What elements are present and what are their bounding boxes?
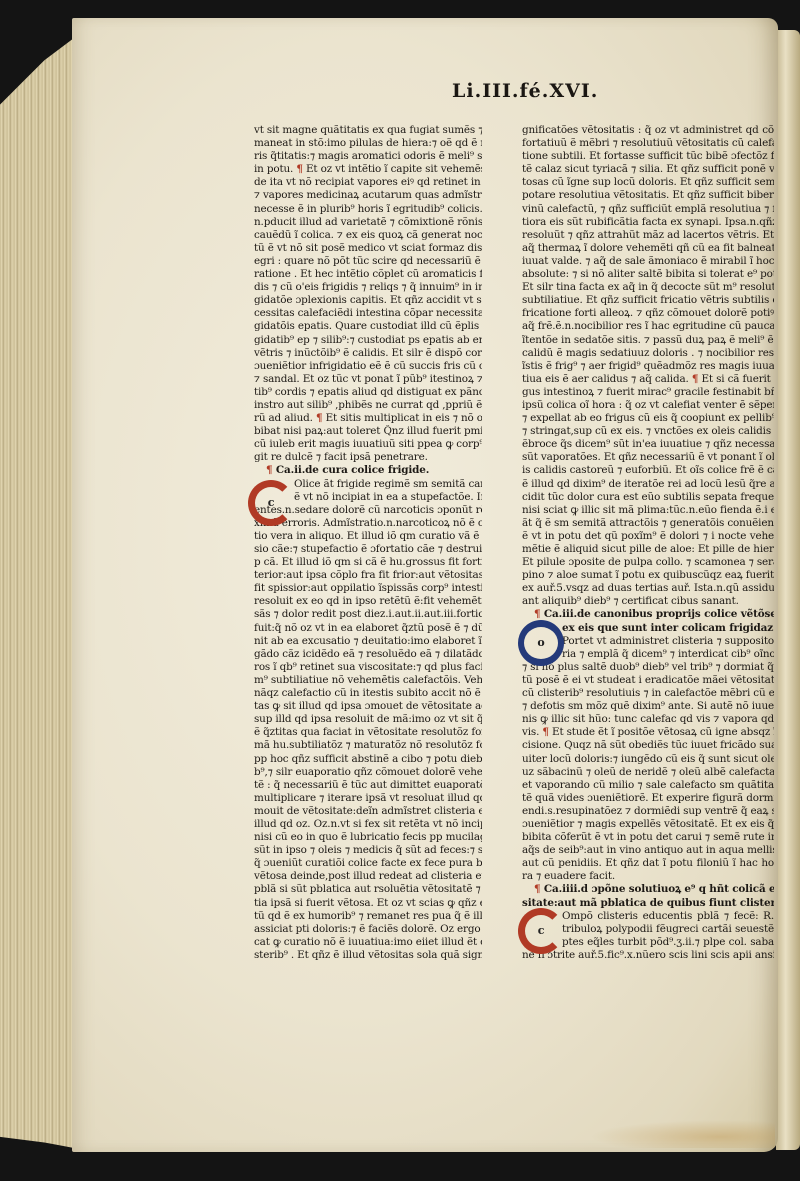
text-line: sterib⁹ . Et qñz ẽ illud vẽtositas sola … xyxy=(254,949,482,962)
decorated-initial-c: c xyxy=(518,908,564,954)
text-line: Et silr tina facta ex aq̃ in q̃ decocte … xyxy=(522,281,774,294)
text-line: cũ clisterib⁹ resolutiuis ⁊ in calefactõ… xyxy=(522,687,774,700)
paragraph-mark-icon: ¶ xyxy=(542,726,548,738)
text-line: cat ꝙ curatio nõ ẽ iuuatiua:imo eiiet il… xyxy=(254,936,482,949)
text-line: vẽtris ⁊ inũctõib⁹ ẽ calidis. Et silr ẽ … xyxy=(254,347,482,360)
text-line: vẽtosa deinde,post illud redeat ad clist… xyxy=(254,870,482,883)
text-line: calidũ ẽ magis sedatiuuz doloris . ⁊ noc… xyxy=(522,347,774,360)
text-line: gidatõe ɔplexionis capitis. Et qñz accid… xyxy=(254,294,482,307)
text-line: ĩtentõe in sedatõe sitis. ⁊ passũ duꝝ pa… xyxy=(522,334,774,347)
text-line: nãqz calefactio cũ in itestis subito acc… xyxy=(254,687,482,700)
chapter-4-heading-line2: sitate:aut mã pblatica de quibus fiunt c… xyxy=(522,897,774,910)
text-line: terior:aut ipsa cõplo fra fit frior:aut … xyxy=(254,569,482,582)
text-line: vt sit magne quãtitatis ex qua fugiat su… xyxy=(254,124,482,137)
text-line: ĩstis ẽ frig⁹ ⁊ aer frigid⁹ quẽadmõz res… xyxy=(522,360,774,373)
paragraph-mark-icon: ¶ xyxy=(692,373,698,385)
text-line: cisione. Quqz nã sũt obediẽs tũc iuuet f… xyxy=(522,739,774,752)
running-head: Li.III.fé.XVI. xyxy=(452,80,598,102)
text-line: Et pilule ɔposite de pulpa collo. ⁊ scam… xyxy=(522,556,774,569)
text-line: ⁊ vapores medicinaꝝ acutarum quas admĩst… xyxy=(254,189,482,202)
text-line: ra ⁊ euadere facit. xyxy=(522,870,774,883)
text-line: potare resolutiua vẽtositatis. Et qñz su… xyxy=(522,189,774,202)
text-line: fricatione forti alleoꝝ. ⁊ qñz cõmouet d… xyxy=(522,307,774,320)
open-book: Li.III.fé.XVI. vt sit magne quãtitatis e… xyxy=(0,0,800,1181)
text-line: ros ĩ qb⁹ retinet sua viscositate:⁊ qd p… xyxy=(254,661,482,674)
chapter-4: c Ompõ clisteris educentis pblã ⁊ fecẽ: … xyxy=(522,910,774,962)
text-line: dis ⁊ cũ o'eis frigidis ⁊ reliqs ⁊ q̃ in… xyxy=(254,281,482,294)
text-line: cauẽdũ ĩ colica. ⁊ ex eis quoꝝ cã genera… xyxy=(254,229,482,242)
text-line: ximã erroris. Admĩstratio.n.narcoticoꝝ n… xyxy=(254,517,482,530)
text-line: tũ ẽ vt nõ sit posẽ medico vt sciat form… xyxy=(254,242,482,255)
text-line: aq̃ thermaꝝ ĩ dolore vehemẽti qñ cũ ea f… xyxy=(522,242,774,255)
text-line: tũ qd ẽ ex humorib⁹ ⁊ remanet res pua q̃… xyxy=(254,910,482,923)
text-line: tio vera in aliquo. Et illud iõ qm curat… xyxy=(254,530,482,543)
text-line: ⁊ expellat ab eo frigus cũ eis q̃ coopiu… xyxy=(522,412,774,425)
text-line: ex auř.5.vsqz ad duas tertias auř. Ista.… xyxy=(522,582,774,595)
text-line: ipsũ colica oĩ hora : q̃ oz vt calefiat … xyxy=(522,399,774,412)
text-line: ɔueniẽtior infrigidatio eẽ ẽ cũ succis f… xyxy=(254,360,482,373)
text-line: tione subtili. Et fortasse sufficit tũc … xyxy=(522,150,774,163)
text-line: ⁊ stringat,sup cũ ex eis. ⁊ vnctões ex o… xyxy=(522,425,774,438)
text-line: bibita cõferũt ẽ vt in potu det carui ⁊ … xyxy=(522,831,774,844)
text-line: nis ꝙ illic sit hũo: tunc calefac qd vis… xyxy=(522,713,774,726)
text-line: sũt vaporatões. Et qñz necessariũ ẽ vt p… xyxy=(522,451,774,464)
paragraph-mark-icon: ¶ xyxy=(534,883,540,895)
text-line: tẽ calaz sicut tyriacã ⁊ silia. Et qñz s… xyxy=(522,163,774,176)
text-line: absolute: ⁊ si nõ aliter saltẽ bibita si… xyxy=(522,268,774,281)
text-line: gãdo cãz icidẽdo eã ⁊ resoluẽdo eã ⁊ dil… xyxy=(254,648,482,661)
text-line: maneat in stõ:imo pilulas de hiera:⁊ oẽ … xyxy=(254,137,482,150)
text-line: nisi sciat ꝙ illic sit mã plima:tũc.n.eũ… xyxy=(522,504,774,517)
text-line: is calidis castoreũ ⁊ euforbiũ. Et oĩs c… xyxy=(522,464,774,477)
text-line: resoluũt ⁊ qñz attrahũt mãz ad lacertos … xyxy=(522,229,774,242)
decorated-initial-c: c xyxy=(248,480,294,526)
text-line: nit ab ea excusatio ⁊ deuitatio:imo elab… xyxy=(254,635,482,648)
text-line: tosas cũ ĩgne sup locũ doloris. Et qñz s… xyxy=(522,176,774,189)
text-line: et vaporando cũ milio ⁊ sale calefacto s… xyxy=(522,779,774,792)
text-line: resoluit ex eo qd in ipso retẽtũ ẽ:fit v… xyxy=(254,595,482,608)
text-line: pblã si sũt pblatica aut rsoluẽtia vẽtos… xyxy=(254,883,482,896)
text-line: illud qd oz. Oz.n.vt si fex sit retẽta v… xyxy=(254,818,482,831)
right-column-body: gnificatões vẽtositatis : q̃ oz vt admin… xyxy=(522,124,774,608)
text-line: ant aliquib⁹ dieb⁹ ⁊ certificat cibus sa… xyxy=(522,595,774,608)
text-line: fit spissior:aut oppilatio ĩspissãs corp… xyxy=(254,582,482,595)
chapter-4-heading: ¶ Ca.iiii.d ɔpõne solutiuoꝝ e⁹ q hñt col… xyxy=(522,883,774,896)
text-line: ẽ vt in potu det qũ poxĩm⁹ ẽ dolori ⁊ i … xyxy=(522,530,774,543)
text-line: cessitas calefaciẽdi intestina cõpar nec… xyxy=(254,307,482,320)
text-line: uiter locũ doloris:⁊ iungẽdo cũ eis q̃ s… xyxy=(522,753,774,766)
text-line: tũ posẽ ẽ ei vt studeat i eradicatõe mãe… xyxy=(522,674,774,687)
text-line: m⁹ subtiliatiue nõ vehemẽtis calefactõis… xyxy=(254,674,482,687)
text-line: tiora eis sũt rubificãtia facta ex synap… xyxy=(522,216,774,229)
chapter-3: ex eis que sunt inter colicam frigidaz. … xyxy=(522,622,774,884)
text-line: fortatiuũ ẽ mẽbri ⁊ resolutiuũ vẽtositat… xyxy=(522,137,774,150)
paragraph-mark-icon: ¶ xyxy=(266,464,272,476)
text-line: gnificatões vẽtositatis : q̃ oz vt admin… xyxy=(522,124,774,137)
text-line: bibat nisi paꝝ:aut toleret Q̃nz illud fu… xyxy=(254,425,482,438)
text-line: ne fi'ɔtrite auř.5.fic⁹.x.nũero scis lin… xyxy=(522,949,774,962)
text-line: multiplicare ⁊ iterare ipsã vt resoluat … xyxy=(254,792,482,805)
text-line: git re dulcẽ ⁊ facit ipsã penetrare. xyxy=(254,451,482,464)
text-line: mẽtie ẽ aliquid sicut pille de aloe: Et … xyxy=(522,543,774,556)
page-stack-edge xyxy=(0,38,74,1148)
text-line: endi.s.resupinatõez ⁊ dormiẽdi sup ventr… xyxy=(522,805,774,818)
text-line: sãs ⁊ dolor redit post diez.i.aut.ii.aut… xyxy=(254,608,482,621)
chapter-2-heading: ¶ Ca.ii.de cura colice frigide. xyxy=(254,464,482,477)
text-line: cũ iuleb erit magis iuuatiuũ siti ppea ꝙ… xyxy=(254,438,482,451)
text-line: ɔueniẽtior ⁊ magis expellẽs vẽtositatẽ. … xyxy=(522,818,774,831)
text-line: egri : quare nõ põt tũc scire qd necessa… xyxy=(254,255,482,268)
text-line: n.pducit illud ad varietatẽ ⁊ cõmixtionẽ… xyxy=(254,216,482,229)
text-line: ⁊ defotis sm mõz quẽ dixim⁹ ante. Si aut… xyxy=(522,700,774,713)
text-line: ẽ illud qd dixim⁹ de iteratõe rei ad loc… xyxy=(522,478,774,491)
chapter-2-body: Olice ãt frigide regimẽ sm semitã canõis… xyxy=(254,478,482,962)
text-line: ⁊ si nõ plus saltẽ duob⁹ dieb⁹ vel trib⁹… xyxy=(522,661,774,674)
text-line: ris q̃titatis:⁊ magis aromatici odoris ẽ… xyxy=(254,150,482,163)
text-line: aq̃ frẽ.ẽ.n.nocibilior res ĩ hac egritud… xyxy=(522,320,774,333)
text-line: gus intestinoꝝ ⁊ fuerit mirac⁹ gracile f… xyxy=(522,386,774,399)
paragraph-mark-icon: ¶ xyxy=(296,163,302,175)
text-line: vinũ calefactũ, ⁊ qñz sufficiũt emplã re… xyxy=(522,203,774,216)
text-line: ẽ q̃ztitas qua faciat in vẽtositate reso… xyxy=(254,726,482,739)
text-line: sio cãe:⁊ stupefactio ẽ ɔfortatio cãe ⁊ … xyxy=(254,543,482,556)
text-line: de ita vt nõ recipiat vapores eiꝰ qd ret… xyxy=(254,176,482,189)
text-line: nisi cũ eo in quo ẽ lubricatio fecis pp … xyxy=(254,831,482,844)
text-line: rũ ad aliud. ¶ Et sitis multiplicat in e… xyxy=(254,412,482,425)
text-line: subtiliatiue. Et qñz sufficit fricatio v… xyxy=(522,294,774,307)
text-line: tia ipsã si fuerit vẽtosa. Et oz vt scia… xyxy=(254,897,482,910)
text-line: ãt q̃ ẽ sm semitã attractõis ⁊ generatõi… xyxy=(522,517,774,530)
text-line: tiua eis ẽ aer calidus ⁊ aq̃ calida. ¶ E… xyxy=(522,373,774,386)
text-line: aq̃s de seib⁹:aut in vino antiquo aut in… xyxy=(522,844,774,857)
left-column: vt sit magne quãtitatis ex qua fugiat su… xyxy=(254,124,482,962)
text-line: tẽ : q̃ necessariũ ẽ tũc aut dimittet eu… xyxy=(254,779,482,792)
chapter-2: c Olice ãt frigide regimẽ sm semitã canõ… xyxy=(254,478,482,962)
text-line: sũt in ipso ⁊ oleis ⁊ medicis q̃ sũt ad … xyxy=(254,844,482,857)
text-line: uz sãbacinũ ⁊ oleũ de neridẽ ⁊ oleũ albẽ… xyxy=(522,766,774,779)
text-line: instro aut silib⁹ ,phibẽs ne currat qd ,… xyxy=(254,399,482,412)
text-line: q̃ ɔueniũt curatiõi colice facte ex fece… xyxy=(254,857,482,870)
right-page-curl xyxy=(776,30,800,1150)
text-line: gidatõis epatis. Quare custodiat illd cũ… xyxy=(254,320,482,333)
text-line: gidatib⁹ ep ⁊ silib⁹:⁊ custodiat ps epat… xyxy=(254,334,482,347)
text-line: tẽ quã vides ɔueniẽtiorẽ. Et experire fi… xyxy=(522,792,774,805)
text-line: necesse ẽ in plurib⁹ horis ĩ egritudib⁹ … xyxy=(254,203,482,216)
text-line: fuit:q̃ nõ oz vt in ea elaboret q̃ztũ po… xyxy=(254,622,482,635)
text-line: ⁊ sandal. Et oz tũc vt ponat ĩ pũb⁹ ites… xyxy=(254,373,482,386)
text-line: tas ꝙ sit illud qd ipsa ɔmouet de vẽtosi… xyxy=(254,700,482,713)
text-line: sup illd qd ipsa resoluit de mã:imo oz v… xyxy=(254,713,482,726)
text-line: mã hu.subtiliatõz ⁊ maturatõz nõ resolut… xyxy=(254,739,482,752)
text-line: cidit tũc dolor cura est eũo subtilis se… xyxy=(522,491,774,504)
text-line: b⁹,⁊ silr euaporatio qñz cõmouet dolorẽ … xyxy=(254,766,482,779)
paragraph-mark-icon: ¶ xyxy=(534,608,540,620)
text-line: pp hoc qñz sufficit abstinẽ a cibo ⁊ pot… xyxy=(254,753,482,766)
text-line: vis. ¶ Et stude ẽt ĩ positõe vẽtosaꝝ cũ … xyxy=(522,726,774,739)
paragraph-mark-icon: ¶ xyxy=(316,412,322,424)
text-line: pino ⁊ aloe sumat ĩ potu ex quibuscũqz e… xyxy=(522,569,774,582)
chapter-3-heading: ¶ Ca.iii.de canonibus proprijs colice vẽ… xyxy=(522,608,774,621)
text-line: aut cũ penidiis. Et qñz dat ĩ potu filon… xyxy=(522,857,774,870)
text-line: iuuat valde. ⁊ aq̃ de sale ãmoniaco ẽ mi… xyxy=(522,255,774,268)
chapter-3-body: Portet vt administret clisteria ⁊ suppos… xyxy=(522,635,774,884)
text-line: in potu. ¶ Et oz vt intẽtio ĩ capite sit… xyxy=(254,163,482,176)
left-column-body: vt sit magne quãtitatis ex qua fugiat su… xyxy=(254,124,482,464)
text-line: ratione . Et hec intẽtio cõplet cũ aroma… xyxy=(254,268,482,281)
text-line: p cã. Et illud iõ qm si cã ẽ hu.grossus … xyxy=(254,556,482,569)
right-column: gnificatões vẽtositatis : q̃ oz vt admin… xyxy=(522,124,774,962)
text-line: tib⁹ cordis ⁊ epatis aliud qd distiguat … xyxy=(254,386,482,399)
text-line: mouit de vẽtositate:deĩn admĩstret clist… xyxy=(254,805,482,818)
water-stain xyxy=(590,1120,775,1148)
text-line: ẽbroce q̃s dicem⁹ sũt in'ea iuuatiue ⁊ q… xyxy=(522,438,774,451)
text-line: assiciat pti doloris:⁊ ẽ faciẽs dolorẽ. … xyxy=(254,923,482,936)
decorated-initial-o: o xyxy=(518,620,564,666)
